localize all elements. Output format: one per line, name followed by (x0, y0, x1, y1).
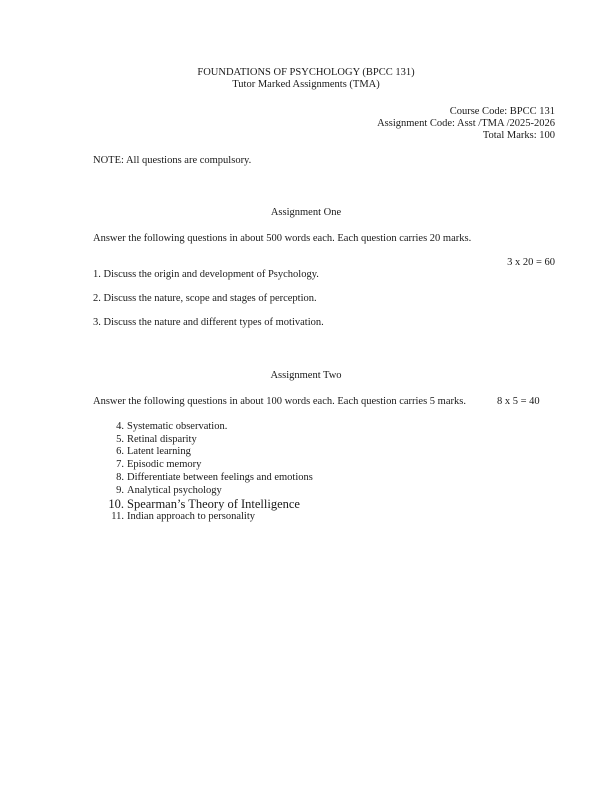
list-item: 7.Episodic memory (108, 459, 313, 472)
list-item: 6.Latent learning (108, 446, 313, 459)
list-item: 11.Indian approach to personality (108, 511, 313, 524)
question-1: 1. Discuss the origin and development of… (93, 269, 319, 280)
note: NOTE: All questions are compulsory. (93, 155, 251, 166)
list-item: 5.Retinal disparity (108, 434, 313, 447)
assignment-two-marks: 8 x 5 = 40 (497, 396, 540, 407)
document-title: FOUNDATIONS OF PSYCHOLOGY (BPCC 131) (0, 67, 612, 78)
assignment-one-heading: Assignment One (0, 207, 612, 218)
list-item: 10.Spearman’s Theory of Intelligence (108, 497, 313, 511)
question-3: 3. Discuss the nature and different type… (93, 317, 324, 328)
assignment-two-heading: Assignment Two (0, 370, 612, 381)
assignment-one-instruction: Answer the following questions in about … (93, 233, 471, 244)
total-marks: Total Marks: 100 (483, 130, 555, 141)
question-2: 2. Discuss the nature, scope and stages … (93, 293, 317, 304)
list-item: 4.Systematic observation. (108, 421, 313, 434)
assignment-two-instruction: Answer the following questions in about … (93, 396, 466, 407)
assignment-one-marks: 3 x 20 = 60 (507, 257, 555, 268)
list-item: 8.Differentiate between feelings and emo… (108, 472, 313, 485)
assignment-two-question-list: 4.Systematic observation. 5.Retinal disp… (108, 421, 313, 524)
list-item: 9.Analytical psychology (108, 485, 313, 498)
course-code: Course Code: BPCC 131 (450, 106, 555, 117)
document-subtitle: Tutor Marked Assignments (TMA) (0, 79, 612, 90)
assignment-code: Assignment Code: Asst /TMA /2025-2026 (377, 118, 555, 129)
